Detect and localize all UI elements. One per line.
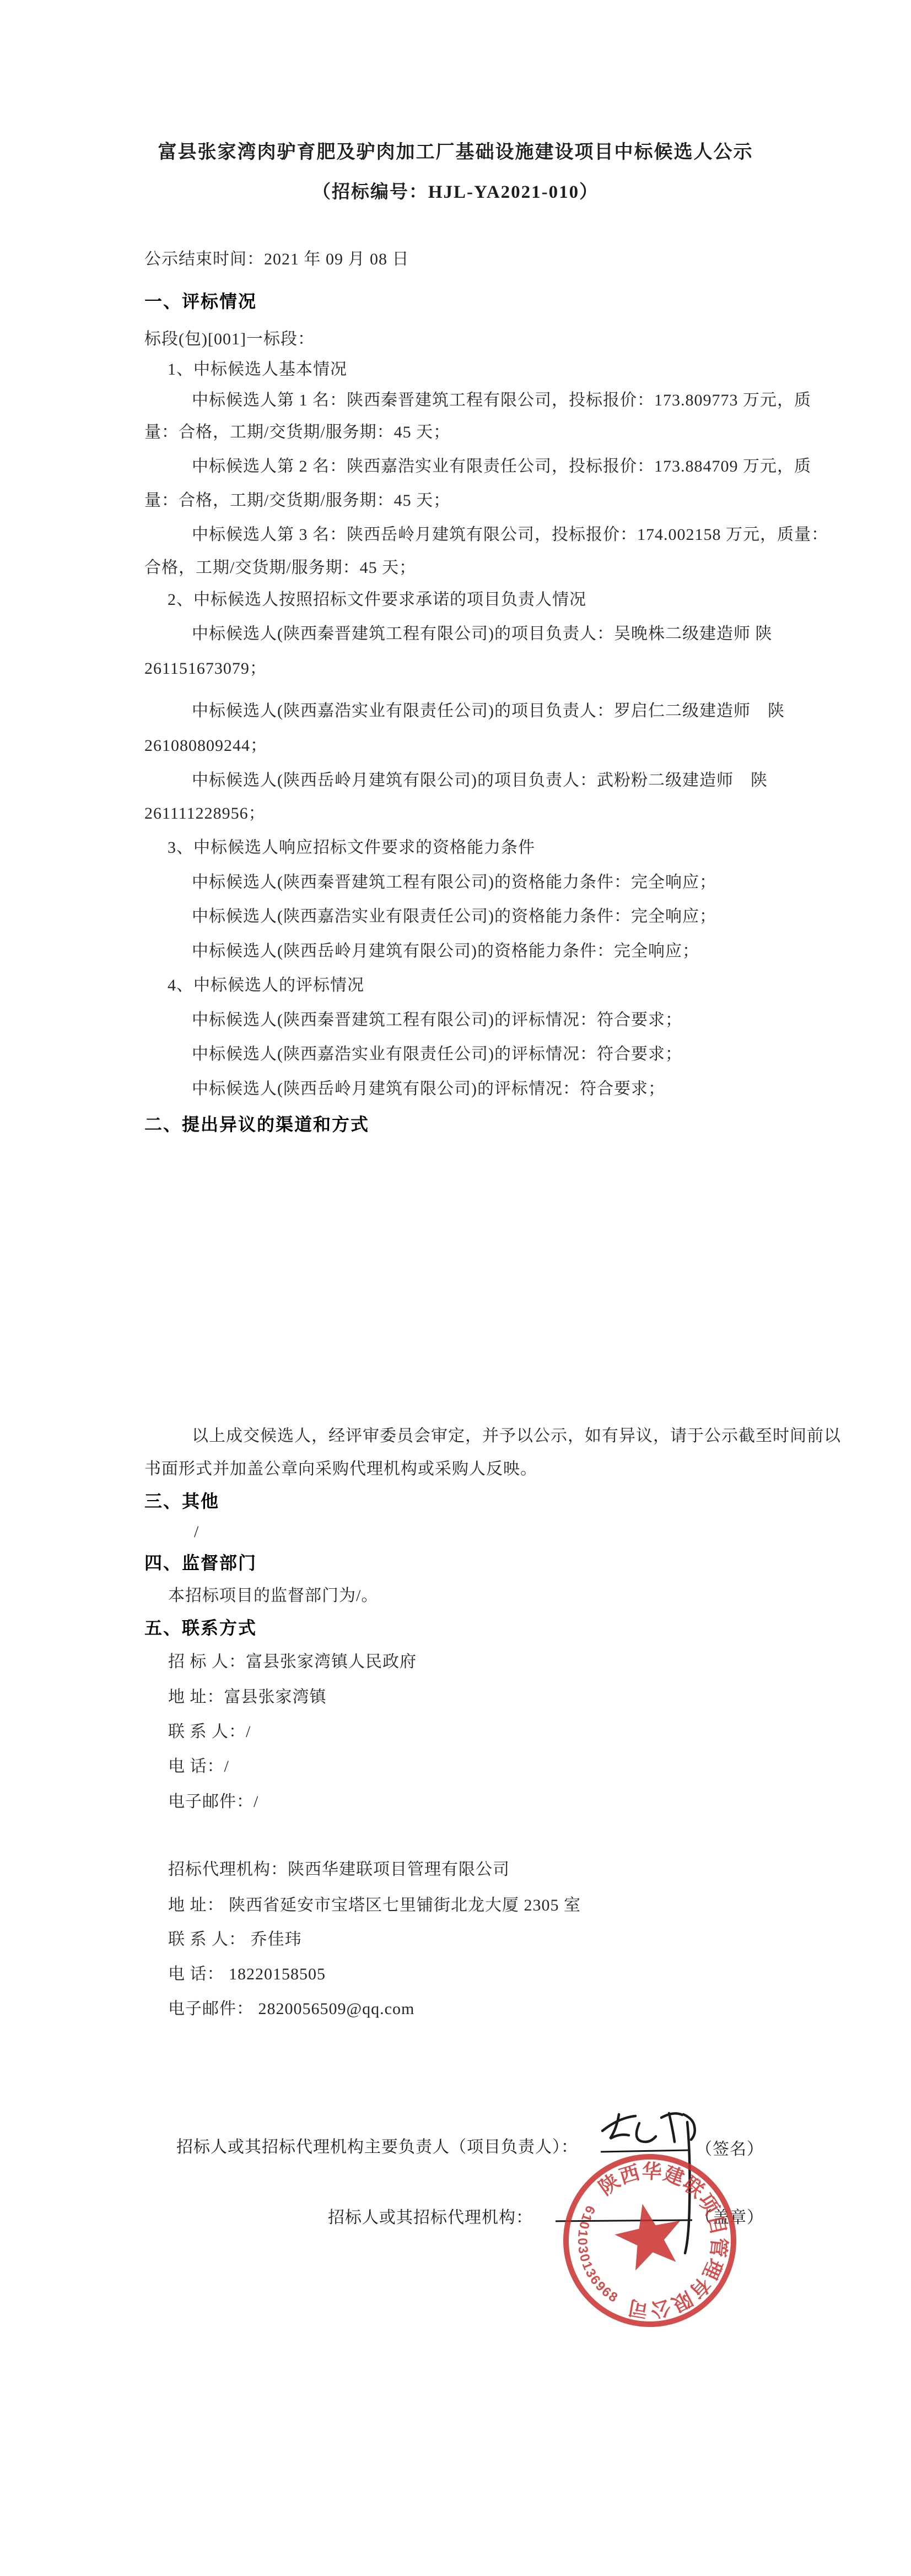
tenderee-name: 招 标 人：富县张家湾镇人民政府	[168, 1652, 417, 1673]
section3-heading: 三、其他	[144, 1491, 219, 1512]
bid-section-label: 标段(包)[001]一标段：	[144, 329, 315, 350]
seal-hint-label: （盖章）	[696, 2204, 764, 2228]
principal-signature-label: 招标人或其招标代理机构主要负责人（项目负责人）：	[176, 2133, 578, 2157]
agency-name: 招标代理机构：陕西华建联项目管理有限公司	[168, 1859, 510, 1880]
manager-1-line-1: 中标候选人(陕西秦晋建筑工程有限公司)的项目负责人：吴晚株二级建造师 陕	[192, 624, 772, 645]
agency-address: 地 址： 陕西省延安市宝塔区七里铺街北龙大厦 2305 室	[168, 1895, 581, 1916]
company-seal-stamp: 陕西华建联项目管理有限公司 6101030136968	[557, 2142, 748, 2338]
seal-outer-ring	[566, 2157, 734, 2324]
candidate-2-line-1: 中标候选人第 2 名：陕西嘉浩实业有限责任公司，投标报价：173.884709 …	[192, 456, 811, 477]
item-2-heading: 2、中标候选人按照招标文件要求承诺的项目负责人情况	[168, 589, 586, 610]
item-4-heading: 4、中标候选人的评标情况	[168, 975, 364, 996]
publicity-end-time: 公示结束时间：2021 年 09 月 08 日	[144, 249, 409, 270]
manager-2-line-1: 中标候选人(陕西嘉浩实业有限责任公司)的项目负责人：罗启仁二级建造师 陕	[192, 701, 785, 722]
seal-company-name: 陕西华建联项目管理有限公司	[587, 2142, 748, 2330]
objection-line-2: 书面形式并加盖公章向采购代理机构或采购人反映。	[144, 1459, 537, 1480]
tenderee-address: 地 址：富县张家湾镇	[168, 1687, 327, 1708]
evaluation-3: 中标候选人(陕西岳岭月建筑有限公司)的评标情况：符合要求；	[192, 1079, 665, 1100]
section3-content: /	[194, 1522, 199, 1543]
seal-underline	[556, 2220, 692, 2221]
manager-3-line-2: 261111228956；	[144, 803, 266, 824]
manager-1-line-2: 261151673079；	[144, 658, 267, 679]
evaluation-2: 中标候选人(陕西嘉浩实业有限责任公司)的评标情况：符合要求；	[192, 1044, 682, 1065]
candidate-3-line-2: 合格，工期/交货期/服务期：45 天；	[144, 558, 416, 578]
manager-2-line-2: 261080809244；	[144, 735, 267, 756]
tenderee-email: 电子邮件：/	[168, 1792, 258, 1812]
agency-phone: 电 话： 18220158505	[168, 1964, 326, 1985]
candidate-1-line-2: 量：合格，工期/交货期/服务期：45 天；	[144, 422, 450, 443]
tenderee-contact: 联 系 人：/	[168, 1722, 251, 1742]
document-page: 富县张家湾肉驴育肥及驴肉加工厂基础设施建设项目中标候选人公示 （招标编号：HJL…	[0, 0, 911, 2576]
signature-underline	[601, 2150, 690, 2152]
seal-star-icon	[610, 2197, 688, 2274]
qualification-3: 中标候选人(陕西岳岭月建筑有限公司)的资格能力条件：完全响应；	[192, 941, 699, 962]
candidate-2-line-2: 量：合格，工期/交货期/服务期：45 天；	[144, 490, 450, 511]
section5-heading: 五、联系方式	[144, 1617, 257, 1638]
agency-contact: 联 系 人： 乔佳玮	[168, 1929, 302, 1950]
item-3-heading: 3、中标候选人响应招标文件要求的资格能力条件	[168, 837, 535, 858]
document-title: 富县张家湾肉驴育肥及驴肉加工厂基础设施建设项目中标候选人公示	[0, 137, 911, 164]
agency-email: 电子邮件： 2820056509@qq.com	[168, 1999, 414, 2020]
supervision-line: 本招标项目的监督部门为/。	[168, 1585, 378, 1606]
signature-and-stamp-overlay: 陕西华建联项目管理有限公司 6101030136968	[0, 0, 911, 2576]
candidate-1-line-1: 中标候选人第 1 名：陕西秦晋建筑工程有限公司，投标报价：173.809773 …	[192, 390, 811, 411]
sign-hint-label: （签名）	[696, 2135, 764, 2160]
agency-signature-label: 招标人或其招标代理机构：	[328, 2204, 533, 2228]
seal-registration-number: 6101030136968	[564, 2200, 624, 2312]
candidate-3-line-1: 中标候选人第 3 名：陕西岳岭月建筑有限公司，投标报价：174.002158 万…	[192, 524, 828, 545]
qualification-2: 中标候选人(陕西嘉浩实业有限责任公司)的资格能力条件：完全响应；	[192, 906, 716, 927]
bid-number: （招标编号：HJL-YA2021-010）	[0, 177, 911, 203]
tenderee-phone: 电 话：/	[168, 1756, 229, 1777]
handwritten-signature	[602, 2113, 695, 2253]
qualification-1: 中标候选人(陕西秦晋建筑工程有限公司)的资格能力条件：完全响应；	[192, 872, 716, 893]
section4-heading: 四、监督部门	[144, 1552, 257, 1573]
section1-heading: 一、评标情况	[144, 291, 257, 312]
objection-line-1: 以上成交候选人，经评审委员会审定，并予以公示，如有异议，请于公示截至时间前以	[192, 1426, 841, 1447]
evaluation-1: 中标候选人(陕西秦晋建筑工程有限公司)的评标情况：符合要求；	[192, 1010, 682, 1031]
section2-heading: 二、提出异议的渠道和方式	[144, 1114, 369, 1135]
manager-3-line-1: 中标候选人(陕西岳岭月建筑有限公司)的项目负责人：武粉粉二级建造师 陕	[192, 770, 768, 791]
item-1-heading: 1、中标候选人基本情况	[168, 359, 347, 380]
